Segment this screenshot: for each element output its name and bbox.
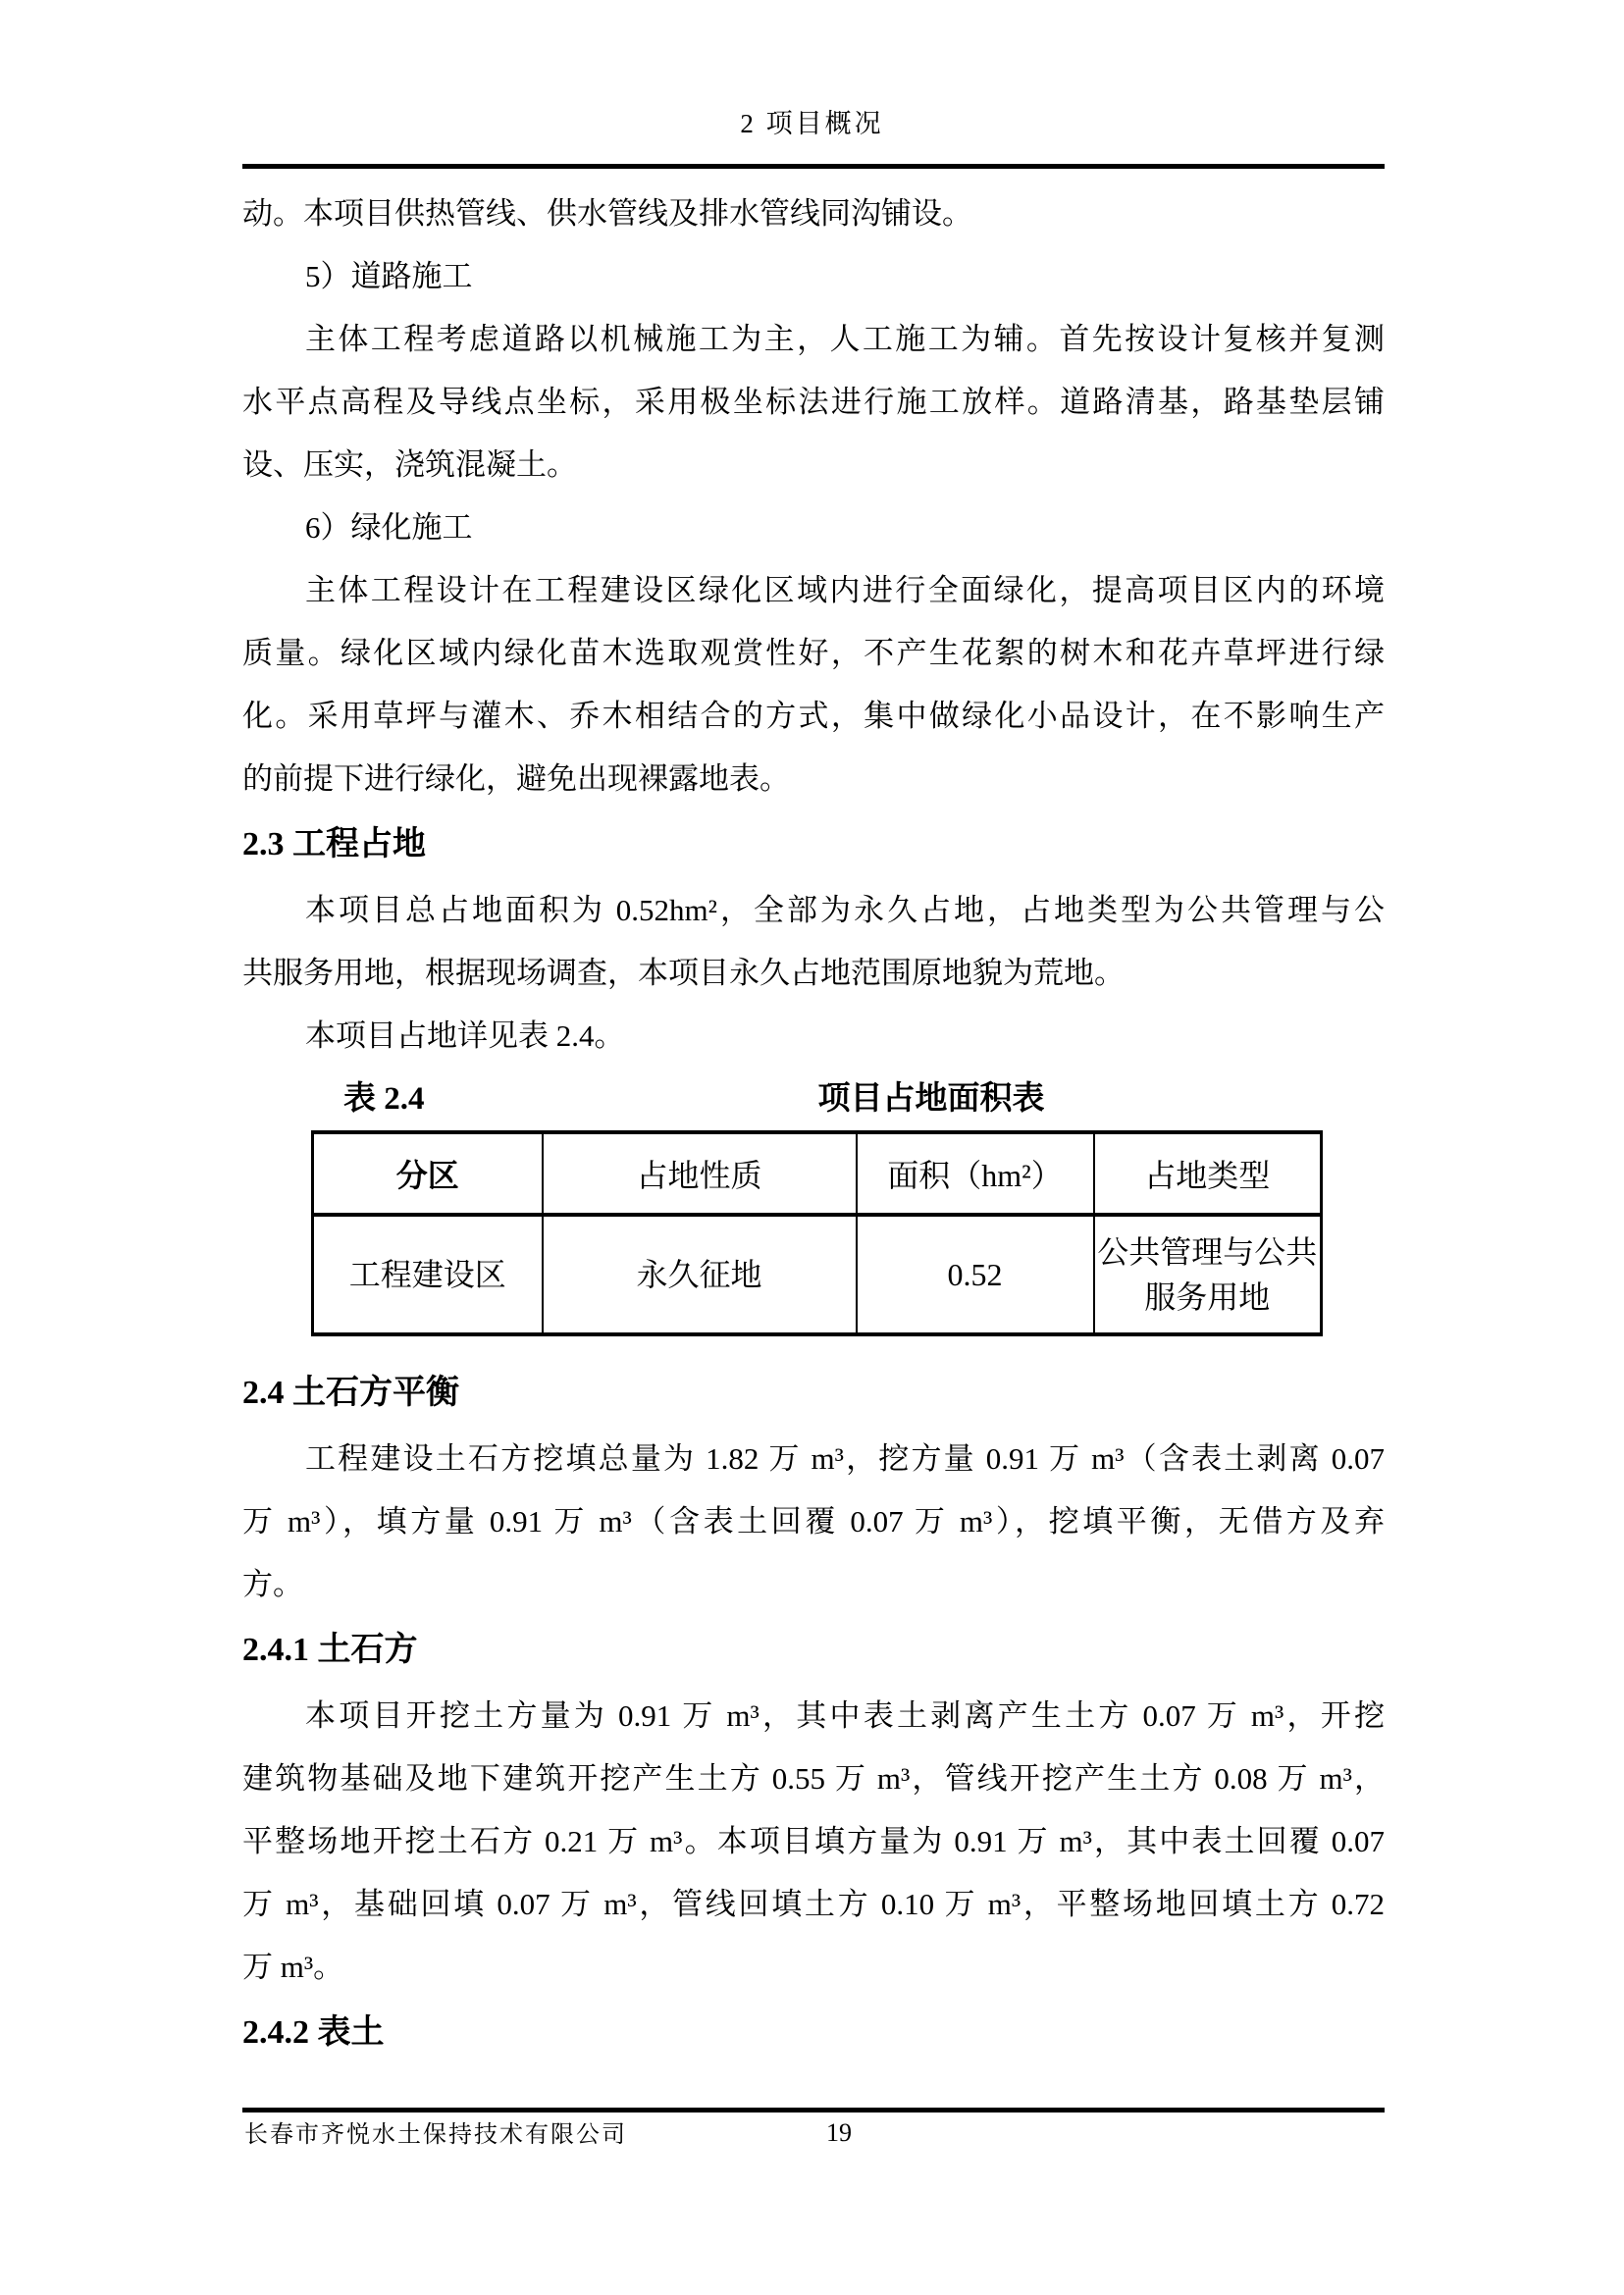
- text-line: 本项目开挖土方量为 0.91 万 m³，其中表土剥离产生土方 0.07 万 m³…: [242, 1685, 1385, 1747]
- list-item-6-greening: 6）绿化施工: [242, 496, 1385, 559]
- table-row: 工程建设区 永久征地 0.52 公共管理与公共服务用地: [313, 1215, 1322, 1334]
- heading-2-4: 2.4 土石方平衡: [242, 1359, 1385, 1428]
- text-line: 本项目占地详见表 2.4。: [242, 1005, 1385, 1068]
- heading-2-4-1: 2.4.1 土石方: [242, 1616, 1385, 1685]
- cell-type: 公共管理与公共服务用地: [1094, 1215, 1322, 1334]
- body-line-continuation: 动。本项目供热管线、供水管线及排水管线同沟铺设。: [242, 183, 1385, 245]
- text-line: 本项目总占地面积为 0.52hm²，全部为永久占地，占地类型为公共管理与公: [242, 879, 1385, 942]
- text-line: 的前提下进行绿化，避免出现裸露地表。: [242, 748, 1385, 810]
- text-line: 设、压实，浇筑混凝土。: [242, 434, 1385, 496]
- text-line: 万 m³。: [242, 1936, 1385, 1999]
- cell-nature: 永久征地: [543, 1215, 857, 1334]
- footer-rule: [242, 2108, 1385, 2112]
- text-line: 质量。绿化区域内绿化苗木选取观赏性好，不产生花絮的树木和花卉草坪进行绿: [242, 622, 1385, 685]
- table-label: 表 2.4: [343, 1068, 425, 1130]
- text-line: 主体工程考虑道路以机械施工为主，人工施工为辅。首先按设计复核并复测: [242, 308, 1385, 371]
- table-caption: 表 2.4 项目占地面积表: [242, 1068, 1385, 1130]
- text-line: 工程建设土石方挖填总量为 1.82 万 m³，挖方量 0.91 万 m³（含表土…: [242, 1428, 1385, 1490]
- document-page: 2 项目概况 动。本项目供热管线、供水管线及排水管线同沟铺设。 5）道路施工 主…: [0, 0, 1624, 2295]
- col-header-nature: 占地性质: [543, 1132, 857, 1215]
- land-occupation-table: 分区 占地性质 面积（hm²） 占地类型 工程建设区 永久征地 0.52 公共管…: [311, 1130, 1323, 1336]
- text-line: 万 m³），填方量 0.91 万 m³（含表土回覆 0.07 万 m³），挖填平…: [242, 1490, 1385, 1553]
- heading-2-4-2: 2.4.2 表土: [242, 1999, 1385, 2067]
- text-line: 共服务用地，根据现场调查，本项目永久占地范围原地貌为荒地。: [242, 942, 1385, 1005]
- text-line: 水平点高程及导线点坐标，采用极坐标法进行施工放样。道路清基，路基垫层铺: [242, 371, 1385, 434]
- cell-area: 0.52: [857, 1215, 1094, 1334]
- heading-2-3: 2.3 工程占地: [242, 810, 1385, 879]
- cell-zone: 工程建设区: [313, 1215, 543, 1334]
- content-column: 动。本项目供热管线、供水管线及排水管线同沟铺设。 5）道路施工 主体工程考虑道路…: [242, 183, 1385, 2067]
- col-header-type: 占地类型: [1094, 1132, 1322, 1215]
- text-line: 建筑物基础及地下建筑开挖产生土方 0.55 万 m³，管线开挖产生土方 0.08…: [242, 1747, 1385, 1810]
- page-header-chapter-title: 2 项目概况: [0, 104, 1624, 143]
- text-line: 方。: [242, 1553, 1385, 1616]
- text-line: 万 m³，基础回填 0.07 万 m³，管线回填土方 0.10 万 m³，平整场…: [242, 1873, 1385, 1936]
- list-item-5-road: 5）道路施工: [242, 245, 1385, 308]
- header-rule: [242, 164, 1385, 169]
- text-line: 主体工程设计在工程建设区绿化区域内进行全面绿化，提高项目区内的环境: [242, 559, 1385, 622]
- col-header-zone: 分区: [313, 1132, 543, 1215]
- table-header-row: 分区 占地性质 面积（hm²） 占地类型: [313, 1132, 1322, 1215]
- col-header-area: 面积（hm²）: [857, 1132, 1094, 1215]
- text-line: 化。采用草坪与灌木、乔木相结合的方式，集中做绿化小品设计，在不影响生产: [242, 685, 1385, 748]
- footer-company-name: 长春市齐悦水土保持技术有限公司: [244, 2119, 627, 2151]
- footer-page-number: 19: [826, 2117, 852, 2149]
- text-line: 平整场地开挖土石方 0.21 万 m³。本项目填方量为 0.91 万 m³，其中…: [242, 1810, 1385, 1873]
